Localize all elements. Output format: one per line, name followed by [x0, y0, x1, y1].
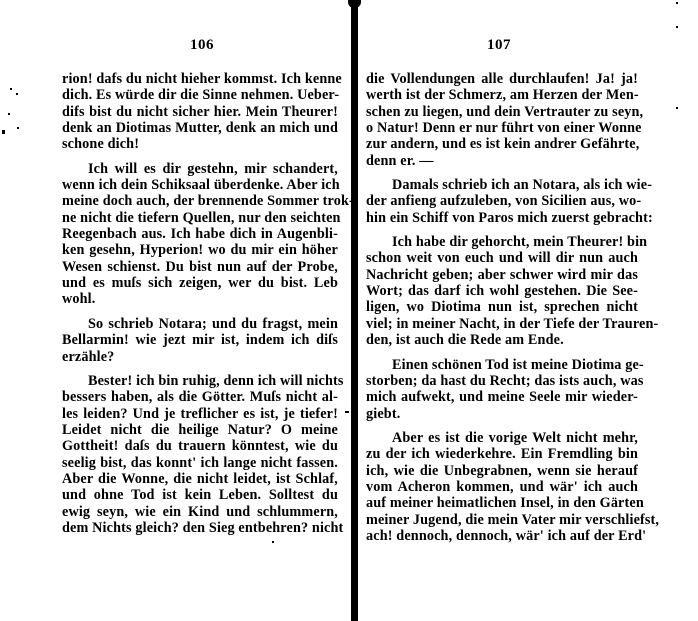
paragraph: So schrieb Notara; und du fragst, meinBe…	[62, 316, 338, 365]
text-line: schone dich!	[62, 136, 338, 152]
text-line: wohl.	[62, 291, 338, 307]
text-line: dem Nichts gleich? den Sieg entbehren? n…	[62, 520, 338, 536]
text-line: vom Acheron kommen, und wär' ich auch	[366, 479, 638, 495]
scan-speck	[8, 113, 10, 115]
scan-speck	[676, 26, 678, 28]
text-line: ich, wie die Unbegrabnen, wenn sie herau…	[366, 463, 638, 479]
text-line: meiner Jugend, die mein Vater mir versch…	[366, 512, 638, 528]
page-number-right: 107	[487, 37, 511, 53]
paragraph: Damals schrieb ich an Notara, als ich wi…	[366, 177, 638, 226]
text-line: Wort; das darf ich wohl gestehen. Die Se…	[366, 283, 638, 299]
scan-speck	[2, 130, 5, 134]
text-line: seelig bist, das konnt' ich lange nicht …	[62, 455, 338, 471]
text-line: Reegenbach aus. Ich habe dich in Augenbl…	[62, 226, 338, 242]
text-line: den, ist auch die Rede am Ende.	[366, 332, 638, 348]
text-line: schon weit von euch und will dir nun auc…	[366, 250, 638, 266]
text-line: ewig seyn, wie ein Kind und schlummern,	[62, 504, 338, 520]
text-line: wenn ich dein Schiksaal überdenke. Aber …	[62, 177, 338, 193]
text-line: o Natur! Denn er nur führt von einer Won…	[366, 120, 638, 136]
text-line: Einen schönen Tod ist meine Diotima ge-	[366, 357, 638, 373]
text-line: les leiden? Und je treflicher es ist, je…	[62, 406, 338, 422]
text-line: bessers haben, als die Götter. Muſs nich…	[62, 389, 338, 405]
text-line: giebt.	[366, 406, 638, 422]
scan-speck	[272, 541, 274, 543]
text-line: difs bist du nicht sicher hier. Mein The…	[62, 104, 338, 120]
paragraph: Bester! ich bin ruhig, denn ich will nic…	[62, 373, 338, 536]
paragraph: Ich will es dir gestehn, mir schandert,w…	[62, 161, 338, 308]
right-page: 107 die Vollendungen alle durchlaufen! J…	[356, 0, 698, 621]
text-line: Wesen schienst. Du bist nun auf der Prob…	[62, 259, 338, 275]
text-line: die Vollendungen alle durchlaufen! Ja! j…	[366, 71, 638, 87]
scan-speck	[676, 2, 678, 4]
paragraph: Einen schönen Tod ist meine Diotima ge-s…	[366, 357, 638, 422]
text-line: denk an Diotimas Mutter, denk an mich un…	[62, 120, 338, 136]
paragraph: Aber es ist die vorige Welt nicht mehr,z…	[366, 430, 638, 544]
text-line: meine doch auch, der brennende Sommer tr…	[62, 193, 338, 209]
scan-speck	[16, 93, 18, 95]
scan-speck	[676, 107, 678, 109]
scan-speck	[345, 411, 349, 413]
text-line: dich. Es würde dir die Sinne nehmen. Ueb…	[62, 87, 338, 103]
text-line: hin ein Schiff von Paros mich zuerst geb…	[366, 210, 638, 226]
text-line: ken gesehn, Hyperion! wo du mir ein höhe…	[62, 242, 338, 258]
left-page: 106 rion! dafs du nicht hieher kommst. I…	[0, 0, 350, 621]
book-spread: 106 rion! dafs du nicht hieher kommst. I…	[0, 0, 698, 621]
text-line: erzähle?	[62, 349, 338, 365]
text-line: storben; da hast du Recht; das ists auch…	[366, 373, 638, 389]
text-line: viel; in meiner Nacht, in der Tiefe der …	[366, 316, 638, 332]
paragraph: Ich habe dir gehorcht, mein Theurer! bin…	[366, 234, 638, 348]
text-line: Ich will es dir gestehn, mir schandert,	[62, 161, 338, 177]
text-line: ach! dennoch, dennoch, wär' ich auf der …	[366, 528, 638, 544]
paragraph: rion! dafs du nicht hieher kommst. Ich k…	[62, 71, 338, 153]
paragraph: die Vollendungen alle durchlaufen! Ja! j…	[366, 71, 638, 169]
text-line: schen zu liegen, und dein Vertrauter zu …	[366, 104, 638, 120]
text-line: ligen, wo Diotima nun ist, sprechen nich…	[366, 299, 638, 315]
text-line: Ich habe dir gehorcht, mein Theurer! bin	[366, 234, 638, 250]
scan-speck	[10, 88, 12, 90]
text-line: und ohne Tod ist kein Leben. Solltest du	[62, 487, 338, 503]
text-line: Leidet nicht die heilige Natur? O meine	[62, 422, 338, 438]
scan-speck	[17, 127, 19, 129]
text-line: und es muſs sich zeigen, wer du bist. Le…	[62, 275, 338, 291]
text-line: mich aufwekt, und meine Seele mir wieder…	[366, 389, 638, 405]
text-line: Nachricht geben; aber schwer wird mir da…	[366, 267, 638, 283]
text-line: zu der ich wiederkehre. Ein Fremdling bi…	[366, 446, 638, 462]
text-line: ne nicht die tiefern Quellen, nur den se…	[62, 210, 338, 226]
text-line: Aber es ist die vorige Welt nicht mehr,	[366, 430, 638, 446]
text-line: Damals schrieb ich an Notara, als ich wi…	[366, 177, 638, 193]
text-line: auf meiner heimatlichen Insel, in den Gä…	[366, 495, 638, 511]
page-number-left: 106	[190, 37, 214, 53]
left-page-text: rion! dafs du nicht hieher kommst. Ich k…	[62, 71, 338, 544]
text-line: Aber die Wonne, die nicht leidet, ist Sc…	[62, 471, 338, 487]
text-line: der anfieng aufzuleben, von Sicilien aus…	[366, 193, 638, 209]
text-line: rion! dafs du nicht hieher kommst. Ich k…	[62, 71, 338, 87]
text-line: Bester! ich bin ruhig, denn ich will nic…	[62, 373, 338, 389]
text-line: denn er. —	[366, 153, 638, 169]
text-line: Gottheit! daſs du trauern könntest, wie …	[62, 438, 338, 454]
text-line: So schrieb Notara; und du fragst, mein	[62, 316, 338, 332]
right-page-text: die Vollendungen alle durchlaufen! Ja! j…	[366, 71, 638, 552]
text-line: Bellarmin! wie jezt mir ist, indem ich d…	[62, 332, 338, 348]
text-line: zur andern, und es ist kein andrer Gefäh…	[366, 136, 638, 152]
text-line: werth ist der Schmerz, am Herzen der Men…	[366, 87, 638, 103]
